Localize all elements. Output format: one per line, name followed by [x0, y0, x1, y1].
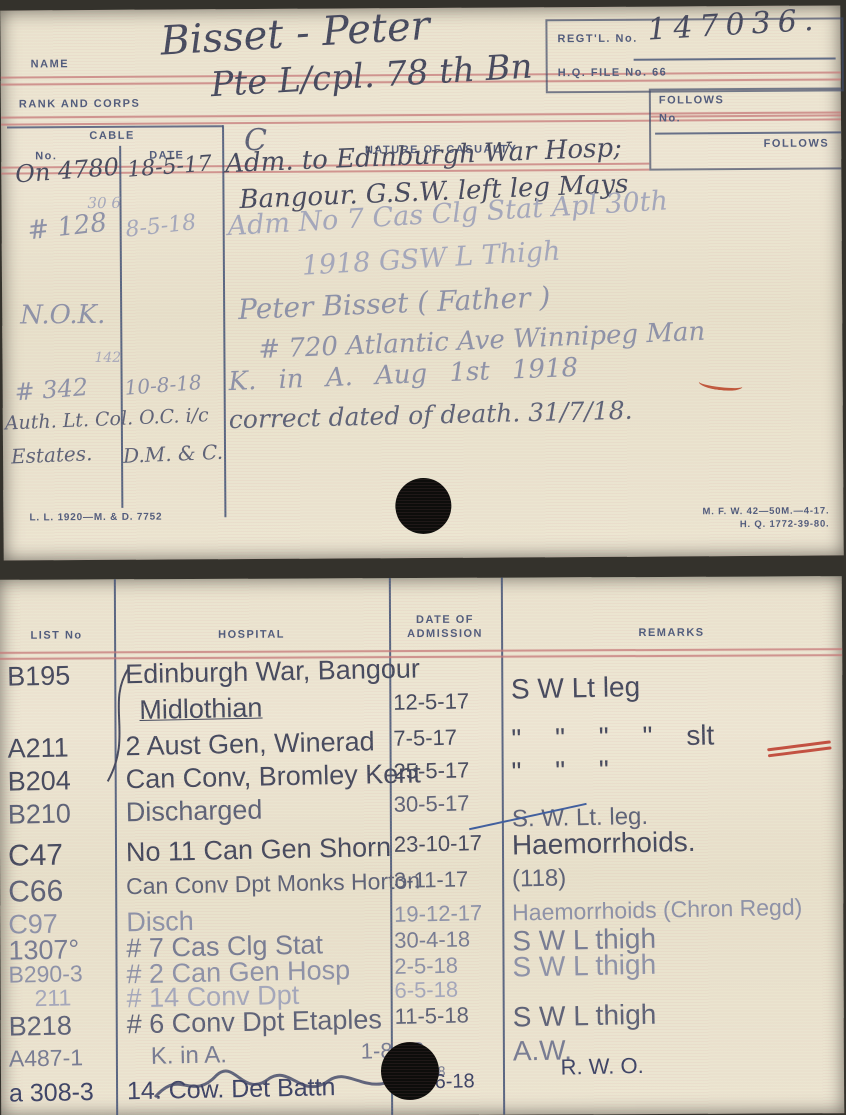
list-no-value: B195 [7, 660, 71, 692]
photographed-record-cards: { "colors":{ "card_background":"#e9e3cd"… [0, 0, 846, 1115]
follows-divider [655, 131, 841, 134]
estates-label-value: Estates. [11, 441, 93, 468]
hole-punch [381, 1042, 439, 1100]
cable-date-value: 10-8-18 [124, 370, 203, 400]
admission-date-value: 30-5-17 [393, 790, 469, 818]
hospital-value: Midlothian [139, 693, 263, 726]
regtl-label: REGT'L. No. [557, 33, 637, 45]
hospital-value: Can Conv, Bromley Kent [125, 758, 421, 795]
admission-date-value: 25-5-17 [393, 757, 469, 785]
authority-value: Auth. Lt. Col. O.C. i/c [4, 404, 209, 435]
remarks-value: " " " [511, 755, 609, 789]
corrected-death-date-line: correct dated of death. 31/7/18. [228, 396, 632, 436]
list-no-value: C47 [8, 839, 64, 874]
red-check-mark [698, 376, 743, 393]
list-no-value: 211 [34, 984, 71, 1012]
remarks-value: Haemorrhoids. [512, 826, 696, 862]
admission-date-value: 12-5-17 [393, 688, 469, 716]
estates-value: D.M. & C. [123, 440, 224, 468]
admission-date-value: 7-5-17 [393, 725, 457, 752]
hospital-value: Edinburgh War, Bangour [125, 653, 420, 690]
list-no-header: LIST No [0, 629, 114, 642]
hospital-value: Can Conv Dpt Monks Horton [126, 867, 420, 900]
list-no-value: A211 [7, 732, 69, 764]
cable-box-top [7, 125, 223, 128]
list-no-value: a 308-3 [9, 1078, 94, 1109]
hospital-value: # 6 Conv Dpt Etaples [126, 1004, 382, 1040]
date-of-admission-header-2: ADMISSION [389, 628, 501, 640]
nok-label-value: N.O.K. [20, 300, 105, 332]
date-of-admission-header-1: DATE OF [389, 614, 501, 626]
list-no-value: A487-1 [9, 1044, 84, 1072]
remarks-value: R. W. O. [560, 1053, 644, 1081]
regtl-number-value: 147036. [646, 3, 821, 49]
hospital-admissions-card: LIST No HOSPITAL DATE OF ADMISSION REMAR… [0, 576, 844, 1115]
cable-no-value: On 4780 [14, 153, 120, 190]
remarks-value: " " " " slt [511, 719, 714, 755]
rank-corps-label: RANK AND CORPS [19, 98, 141, 111]
hospital-value: Discharged [125, 795, 262, 829]
casualty-card: REGT'L. No. 147036. H.Q. FILE No. 66 NAM… [0, 5, 843, 560]
form-number-right-2: H. Q. 1772-39-80. [593, 519, 829, 531]
admission-date-value: 11-5-18 [394, 1002, 469, 1029]
name-label: NAME [31, 58, 69, 70]
casualty-entry-line: 1918 GSW L Thigh [301, 236, 561, 283]
form-number-right-1: M. F. W. 42—50M.—4-17. [593, 506, 829, 518]
cable-no-value: # 128 [26, 208, 109, 248]
remarks-header: REMARKS [501, 626, 842, 639]
remarks-value: S W L thigh [512, 999, 656, 1034]
list-no-value: B218 [8, 1010, 72, 1042]
list-no-value: C66 [8, 875, 64, 910]
hospital-value: 2 Aust Gen, Winerad [125, 726, 375, 762]
regtl-underline [634, 57, 836, 60]
cable-date-value: 18-5-17 [126, 151, 213, 184]
hospital-header: HOSPITAL [114, 628, 389, 641]
remarks-value: (118) [512, 864, 567, 893]
hospital-value: No 11 Can Gen Shorn [126, 832, 392, 868]
list-no-value: B204 [7, 765, 71, 797]
follows-no-label: No. [659, 112, 681, 124]
ink-bracket-stroke [99, 665, 140, 785]
admission-date-value: 30-4-18 [394, 926, 470, 954]
remarks-value: S W Lt leg [511, 671, 641, 706]
list-no-value: B210 [8, 798, 72, 830]
follows2-label: FOLLOWS [651, 138, 829, 151]
admission-date-value: 3-11-17 [394, 866, 469, 893]
regtl-number-box: REGT'L. No. 147036. H.Q. FILE No. 66 [545, 17, 843, 93]
follows-box: FOLLOWS No. FOLLOWS [649, 87, 841, 170]
cable-label: CABLE [1, 129, 223, 142]
nok-name-value: Peter Bisset ( Father ) [237, 280, 550, 326]
cable-no-value: # 342 [14, 373, 90, 407]
hole-punch [395, 478, 451, 534]
admission-date-value: 23-10-17 [394, 830, 483, 858]
follows-label: FOLLOWS [659, 94, 725, 106]
cable-date-value: 8-5-18 [124, 210, 197, 244]
ink-scrawl-overlay [151, 1058, 411, 1109]
form-number-left: L. L. 1920—M. & D. 7752 [29, 512, 162, 524]
admission-date-value: 19-12-17 [394, 900, 483, 928]
hq-file-label: H.Q. FILE No. 66 [558, 66, 668, 79]
admission-date-value: 6-5-18 [394, 977, 458, 1004]
marginal-note: 142 [94, 350, 121, 367]
